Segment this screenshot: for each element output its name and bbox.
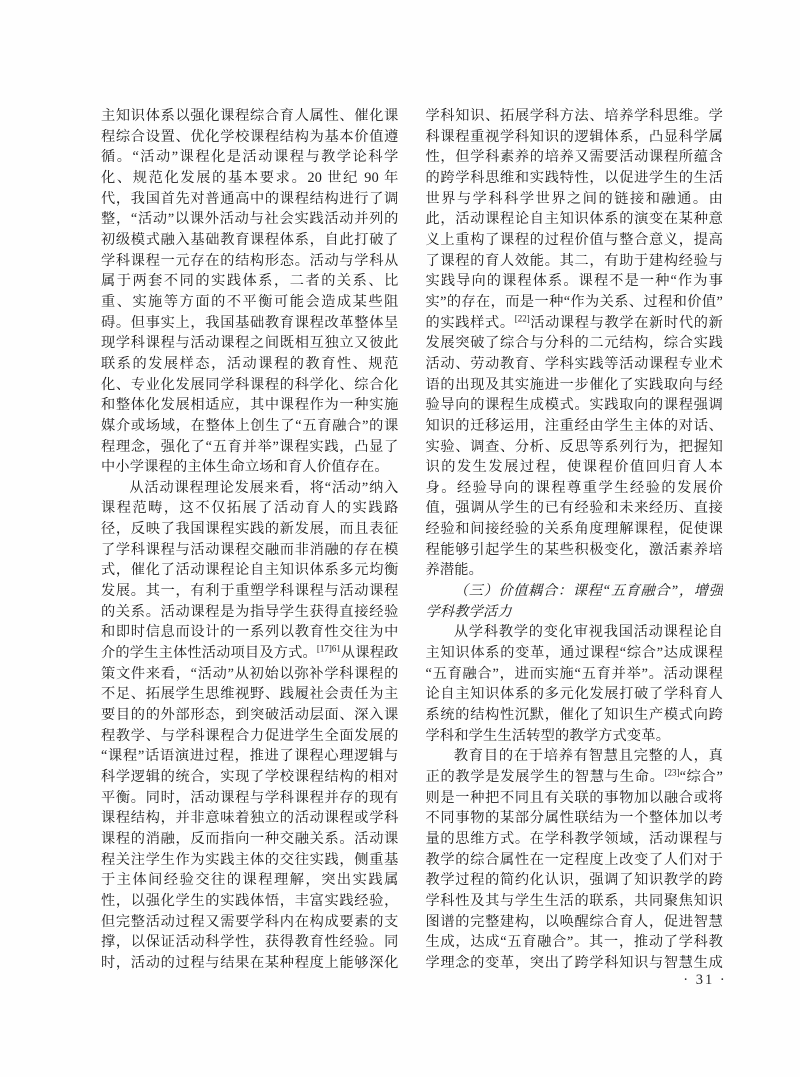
text-run: 活动课程与教学在新时代的新发展突破了综合与分科的二元结构，综合实践活动、劳动教育… <box>426 315 724 579</box>
citation-marker: [23] <box>665 767 680 777</box>
paragraph-continuation: 主知识体系以强化课程综合育人属性、催化课程综合设置、优化学校课程结构为基本价值遵… <box>101 106 399 478</box>
text-run: （三）价值耦合：课程“五育融合”，增强学科教学活力 <box>426 583 724 620</box>
paragraph-subject-teaching: 从学科教学的变化审视我国活动课程论自主知识体系的变革，通过课程“综合”达成课程“… <box>426 622 724 746</box>
journal-page: 主知识体系以强化课程综合育人属性、催化课程综合设置、优化学校课程结构为基本价值遵… <box>0 0 800 1077</box>
text-run: 从活动课程理论发展来看，将“活动”纳入课程范畴，这不仅拓展了活动育人的实践路径，… <box>101 480 399 661</box>
page-number: · 31 · <box>645 972 765 989</box>
text-run: 主知识体系以强化课程综合育人属性、催化课程综合设置、优化学校课程结构为基本价值遵… <box>101 108 399 475</box>
section-heading-three: （三）价值耦合：课程“五育融合”，增强学科教学活力 <box>426 581 724 622</box>
citation-marker: [17]61 <box>317 643 341 653</box>
text-run: 从学科教学的变化审视我国活动课程论自主知识体系的变革，通过课程“综合”达成课程“… <box>426 624 724 743</box>
article-body-columns: 主知识体系以强化课程综合育人属性、催化课程综合设置、优化学校课程结构为基本价值遵… <box>101 106 723 978</box>
citation-marker: [22] <box>515 313 530 323</box>
